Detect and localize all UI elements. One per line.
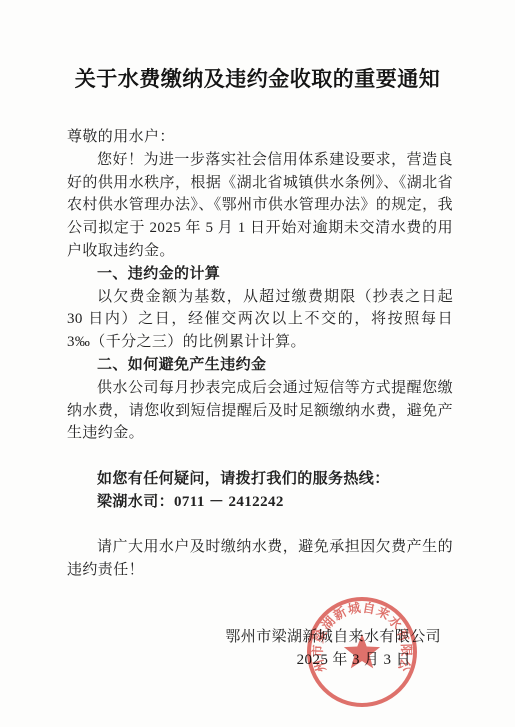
signature-date: 2025 年 3 月 3 日 <box>0 649 515 672</box>
signature-company: 鄂州市梁湖新城自来水有限公司 <box>0 626 515 649</box>
section-2-heading: 二、如何避免产生违约金 <box>67 354 453 377</box>
section-2-body: 供水公司每月抄表完成后会通过短信等方式提醒您缴纳水费，请您收到短信提醒后及时足额… <box>67 377 453 445</box>
hotline-number: 梁湖水司：0711 － 2412242 <box>67 491 453 514</box>
document-body: 尊敬的用水户： 您好！为进一步落实社会信用体系建设要求，营造良好的供用水秩序，根… <box>67 126 453 582</box>
section-1-body: 以欠费金额为基数，从超过缴费期限（抄表之日起 30 日内）之日，经催交两次以上不… <box>67 286 453 354</box>
section-1-heading: 一、违约金的计算 <box>67 263 453 286</box>
hotline-prompt: 如您有任何疑问，请拨打我们的服务热线： <box>67 468 453 491</box>
intro-paragraph: 您好！为进一步落实社会信用体系建设要求，营造良好的供用水秩序，根据《湖北省城镇供… <box>67 149 453 263</box>
closing-paragraph: 请广大用水户及时缴纳水费，避免承担因欠费产生的违约责任！ <box>67 536 453 582</box>
hotline-block: 如您有任何疑问，请拨打我们的服务热线： 梁湖水司：0711 － 2412242 <box>67 468 453 514</box>
document-page: 关于水费缴纳及违约金收取的重要通知 尊敬的用水户： 您好！为进一步落实社会信用体… <box>0 0 515 727</box>
greeting-line: 尊敬的用水户： <box>67 126 453 149</box>
signature-block: 鄂州市梁湖新城自来水有限公司 2025 年 3 月 3 日 <box>0 626 515 672</box>
page-title: 关于水费缴纳及违约金收取的重要通知 <box>0 0 515 93</box>
